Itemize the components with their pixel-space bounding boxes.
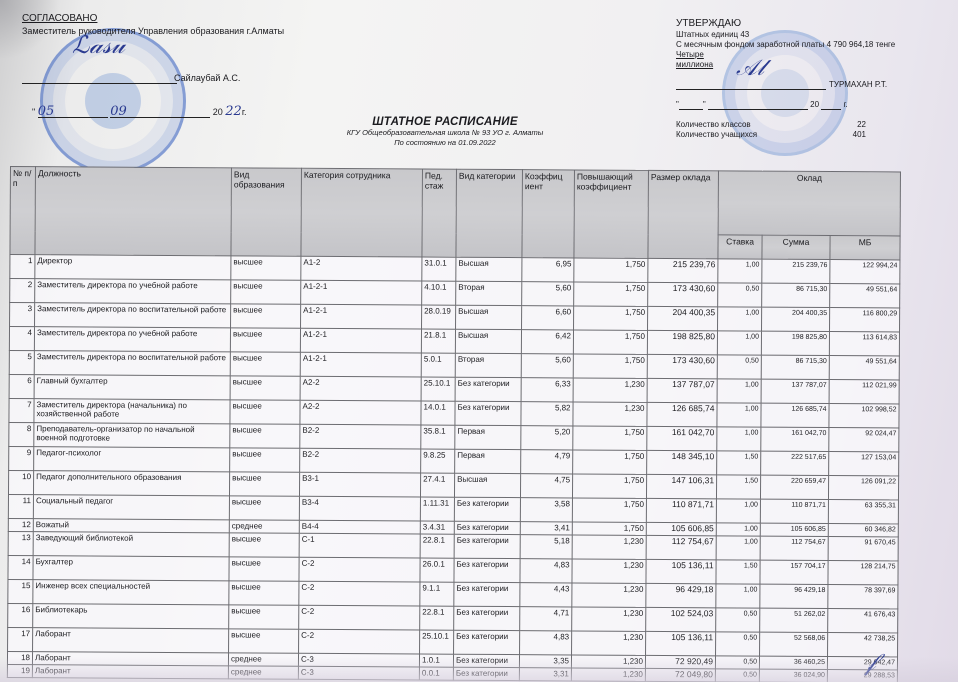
signature-line (22, 83, 177, 84)
cell-raising: 1,750 (572, 498, 646, 522)
cell-rate: 1,00 (718, 259, 762, 283)
cell-sum: 110 871,71 (760, 499, 828, 523)
cell-category: C-1 (299, 533, 420, 558)
cell-position: Главный бухгалтер (34, 375, 230, 400)
cell-category: B2-2 (300, 424, 421, 449)
cell-category-type: Первая (455, 425, 521, 449)
cell-sum: 86 715,30 (761, 355, 829, 379)
agreed-date-day: 05 (38, 104, 55, 119)
cell-salary: 161 042,70 (647, 426, 717, 450)
agreed-date: " 05 09 20 22г. (32, 106, 247, 118)
cell-education: высшее (230, 400, 300, 424)
cell-category: C-2 (299, 629, 420, 654)
cell-category: A1-2-1 (300, 328, 421, 353)
approved-date-year-prefix: 20 (810, 100, 819, 109)
cell-mb: 122 994,24 (830, 260, 900, 284)
cell-sum: 198 825,80 (761, 331, 829, 355)
cell-rate: 1,00 (717, 427, 761, 451)
header-no: № п/п (10, 167, 36, 255)
cell-salary: 126 685,74 (647, 402, 717, 426)
cell-coefficient: 5,60 (522, 282, 574, 306)
staff-units: Штатных единиц 43 (676, 30, 936, 40)
cell-category-type: Без категории (454, 521, 520, 534)
cell-no: 9 (9, 446, 34, 470)
cell-coefficient: 4,79 (521, 450, 573, 474)
cell-category: A1-2 (301, 256, 422, 281)
cell-experience: 21.8.1 (421, 329, 455, 353)
students-value: 401 (853, 130, 866, 140)
approval-block-approved: УТВЕРЖДАЮ Штатных единиц 43 С месячным ф… (676, 18, 936, 70)
cell-rate: 1,50 (716, 560, 760, 584)
cell-sum: 86 715,30 (762, 283, 830, 307)
cell-salary: 148 345,10 (647, 450, 717, 474)
cell-no: 8 (9, 422, 34, 446)
cell-category: A1-2-1 (300, 352, 421, 377)
signature-line (676, 89, 826, 90)
cell-category: B3-1 (299, 472, 420, 497)
approval-block-agreed: СОГЛАСОВАНО Заместитель руководителя Упр… (22, 13, 284, 37)
header-education: Вид образования (231, 168, 302, 256)
cell-position: Инженер всех специальностей (33, 580, 229, 605)
header-mb: МБ (830, 236, 900, 260)
cell-coefficient: 4,83 (520, 559, 572, 583)
cell-raising: 1,750 (572, 474, 646, 498)
cell-education: высшее (230, 328, 300, 352)
agreed-title: СОГЛАСОВАНО (22, 13, 284, 25)
cell-position: Заместитель директора (начальника) по хо… (34, 399, 230, 424)
cell-raising: 1,750 (573, 450, 647, 474)
cell-category: A2-2 (300, 400, 421, 425)
cell-raising: 1,230 (573, 378, 647, 402)
cell-education: высшее (229, 581, 299, 605)
cell-category-type: Высшая (456, 305, 522, 329)
cell-raising: 1,230 (572, 607, 646, 631)
cell-position: Социальный педагог (33, 495, 229, 520)
cell-raising: 1,750 (574, 306, 648, 330)
cell-education: высшее (229, 557, 299, 581)
cell-rate: 0,50 (716, 608, 760, 632)
cell-no: 5 (9, 350, 34, 374)
cell-salary: 96 429,18 (646, 583, 716, 607)
cell-education: высшее (231, 280, 301, 304)
cell-position: Заместитель директора по воспитательной … (35, 303, 231, 328)
cell-experience: 27.4.1 (420, 473, 454, 497)
cell-mb: 116 800,29 (830, 308, 900, 332)
agreed-date-year: 22 (225, 104, 242, 119)
cell-rate: 0,50 (716, 632, 760, 656)
cell-sum: 161 042,70 (761, 427, 829, 451)
payroll-fund: С месячным фондом заработной платы 4 790… (676, 40, 936, 50)
cell-raising: 1,750 (572, 522, 646, 535)
cell-no: 1 (10, 255, 35, 279)
signature-left: ℒ𝒶𝓈𝓊 (72, 39, 125, 51)
cell-salary: 215 239,76 (648, 258, 718, 282)
cell-experience: 31.0.1 (422, 257, 456, 281)
cell-education: высшее (231, 256, 301, 280)
cell-coefficient: 3,41 (520, 522, 572, 535)
cell-coefficient: 4,83 (520, 631, 572, 655)
cell-mb: 112 021,99 (829, 380, 899, 404)
cell-salary: 112 754,67 (646, 535, 716, 559)
cell-education: высшее (230, 424, 300, 448)
header-sum: Сумма (762, 235, 830, 259)
cell-rate: 1,00 (716, 499, 760, 523)
cell-category: A1-2-1 (301, 304, 422, 329)
cell-mb: 128 214,75 (828, 561, 898, 585)
cell-mb: 78 397,69 (828, 585, 898, 609)
agreed-date-month: 09 (110, 104, 127, 119)
cell-category: A2-2 (300, 376, 421, 401)
cell-category-type: Без категории (454, 497, 520, 521)
agreed-date-suffix: г. (242, 107, 247, 117)
cell-salary: 105 136,11 (646, 631, 716, 655)
cell-rate: 1,00 (716, 584, 760, 608)
cell-category-type: Без категории (455, 401, 521, 425)
cell-salary: 110 871,71 (646, 498, 716, 522)
cell-rate: 1,00 (716, 523, 760, 536)
cell-salary: 137 787,07 (647, 378, 717, 402)
approved-name: ТУРМАХАН Р.Т. (829, 80, 887, 90)
cell-no: 14 (8, 555, 33, 579)
cell-position: Преподаватель-организатор по начальной в… (34, 423, 230, 448)
cell-coefficient: 5,20 (521, 426, 573, 450)
cell-mb: 102 998,52 (829, 404, 899, 428)
cell-sum: 157 704,17 (760, 560, 828, 584)
cell-education: высшее (229, 605, 299, 629)
cell-category-type: Без категории (454, 558, 520, 582)
cell-mb: 63 355,31 (828, 500, 898, 524)
cell-rate: 1,00 (718, 307, 762, 331)
cell-salary: 204 400,35 (648, 306, 718, 330)
cell-mb: 60 346,82 (828, 524, 898, 537)
cell-rate: 0,50 (718, 283, 762, 307)
school-counts: Количество классов22 Количество учащихся… (676, 120, 866, 140)
cell-category-type: Первая (455, 449, 521, 473)
cell-experience: 14.0.1 (421, 401, 455, 425)
cell-position: Директор (35, 255, 231, 280)
cell-rate: 1,00 (717, 379, 761, 403)
classes-value: 22 (857, 120, 866, 130)
cell-position: Библиотекарь (33, 604, 229, 629)
students-label: Количество учащихся (676, 130, 757, 140)
cell-experience: 26.0.1 (420, 558, 454, 582)
agreed-date-year-prefix: 20 (213, 107, 223, 117)
staffing-table: № п/п Должность Вид образования Категори… (7, 166, 901, 682)
cell-education: высшее (230, 352, 300, 376)
cell-sum: 222 517,65 (761, 451, 829, 475)
cell-mb: 113 614,83 (829, 332, 899, 356)
cell-raising: 1,750 (574, 258, 648, 282)
header-category-type: Вид категории (456, 169, 523, 257)
cell-rate: 1,50 (717, 451, 761, 475)
cell-mb: 127 153,04 (829, 452, 899, 476)
cell-category: C-2 (299, 581, 420, 606)
cell-category: B3-4 (299, 496, 420, 521)
cell-experience: 22.8.1 (420, 606, 454, 630)
agreed-name: Сайлаубай А.С. (174, 72, 240, 84)
cell-experience: 35.8.1 (421, 425, 455, 449)
cell-mb: 91 670,45 (828, 537, 898, 561)
cell-position: Заместитель директора по учебной работе (34, 327, 230, 352)
cell-sum: 51 262,02 (760, 608, 828, 632)
cell-salary: 173 430,60 (647, 354, 717, 378)
cell-no: 7 (9, 398, 34, 422)
cell-sum: 112 754,67 (760, 536, 828, 560)
cell-rate: 1,00 (716, 536, 760, 560)
cell-category-type: Без категории (454, 630, 520, 654)
cell-sum: 126 685,74 (761, 403, 829, 427)
cell-mb: 41 676,43 (828, 609, 898, 633)
cell-education: высшее (230, 376, 300, 400)
cell-category: B4-4 (299, 520, 420, 534)
cell-raising: 1,750 (574, 282, 648, 306)
cell-rate: 1,50 (716, 475, 760, 499)
cell-no: 15 (8, 579, 33, 603)
approved-date-suffix: г. (844, 100, 848, 109)
cell-experience: 25.10.1 (420, 630, 454, 654)
cell-no: 11 (8, 494, 33, 518)
cell-sum: 215 239,76 (762, 259, 830, 283)
cell-sum: 220 659,47 (760, 475, 828, 499)
approved-date: "" 20 г. (676, 100, 848, 110)
cell-no: 13 (8, 531, 33, 555)
cell-rate: 0,50 (717, 355, 761, 379)
header-experience: Пед. стаж (422, 169, 457, 257)
cell-rate: 1,00 (717, 331, 761, 355)
cell-salary: 173 430,60 (648, 282, 718, 306)
cell-education: среднее (229, 520, 299, 533)
cell-coefficient: 5,18 (520, 535, 572, 559)
cell-salary: 102 524,03 (646, 607, 716, 631)
cell-category: A1-2-1 (301, 280, 422, 305)
cell-mb: 126 091,22 (828, 476, 898, 500)
cell-education: высшее (231, 304, 301, 328)
cell-coefficient: 6,60 (522, 306, 574, 330)
cell-position: Педагог-психолог (34, 447, 230, 472)
cell-raising: 1,750 (573, 426, 647, 450)
header-salary-group: Оклад (718, 171, 900, 236)
cell-position: Лаборант (33, 628, 229, 653)
cell-coefficient: 5,60 (521, 354, 573, 378)
cell-sum: 204 400,35 (762, 307, 830, 331)
document-heading: ШТАТНОЕ РАСПИСАНИЕ КГУ Общеобразовательн… (330, 116, 560, 148)
cell-category-type: Без категории (454, 582, 520, 606)
cell-raising: 1,230 (572, 535, 646, 559)
cell-position: Заведующий библиотекой (33, 532, 229, 557)
cell-education: высшее (230, 448, 300, 472)
cell-no: 4 (9, 327, 34, 351)
cell-no: 3 (10, 303, 35, 327)
cell-position: Заместитель директора по воспитательной … (34, 351, 230, 376)
cell-category-type: Вторая (455, 353, 521, 377)
cell-category: C-2 (299, 605, 420, 630)
cell-mb: 92 024,47 (829, 428, 899, 452)
cell-category-type: Без категории (454, 534, 520, 558)
table-body: 1ДиректорвысшееA1-231.0.1Высшая6,951,750… (7, 255, 900, 682)
cell-category: C-2 (299, 557, 420, 582)
cell-sum: 52 568,06 (760, 632, 828, 656)
cell-raising: 1,230 (572, 583, 646, 607)
header-rate: Ставка (718, 235, 762, 259)
cell-coefficient: 5,82 (521, 402, 573, 426)
cell-category-type: Без категории (454, 606, 520, 630)
cell-experience: 5.0.1 (421, 353, 455, 377)
cell-experience: 22.8.1 (420, 534, 454, 558)
as-of-date: По состоянию на 01.09.2022 (330, 138, 560, 148)
document-title: ШТАТНОЕ РАСПИСАНИЕ (330, 116, 560, 128)
cell-category-type: Вторая (456, 281, 522, 305)
amount-words-2: миллиона (676, 60, 936, 70)
classes-label: Количество классов (676, 120, 751, 130)
cell-salary: 147 106,31 (646, 474, 716, 498)
cell-position: Бухгалтер (33, 556, 229, 581)
signature-right: 𝒜𝓁 (736, 64, 764, 74)
cell-no: 17 (8, 627, 33, 651)
approved-title: УТВЕРЖДАЮ (676, 18, 936, 30)
cell-no: 2 (10, 279, 35, 303)
quote-close: " (703, 100, 706, 109)
header-category: Категория сотрудника (301, 168, 423, 257)
cell-sum: 96 429,18 (760, 584, 828, 608)
cell-sum: 105 606,85 (760, 523, 828, 536)
cell-salary: 105 136,11 (646, 559, 716, 583)
cell-coefficient: 4,75 (520, 474, 572, 498)
cell-coefficient: 3,58 (520, 498, 572, 522)
agreed-position: Заместитель руководителя Управления обра… (22, 25, 284, 37)
cell-raising: 1,230 (573, 402, 647, 426)
cell-rate: 1,00 (717, 403, 761, 427)
header-raising-coefficient: Повышающий коэффициент (574, 170, 649, 258)
cell-position: Педагог дополнительного образования (33, 471, 229, 496)
cell-raising: 1,750 (573, 354, 647, 378)
cell-education: высшее (229, 629, 299, 653)
cell-mb: 49 551,64 (830, 284, 900, 308)
cell-coefficient: 4,43 (520, 583, 572, 607)
cell-coefficient: 4,71 (520, 607, 572, 631)
cell-no: 10 (8, 470, 33, 494)
cell-sum: 137 787,07 (761, 379, 829, 403)
cell-category: B2-2 (300, 448, 421, 473)
cell-no: 12 (8, 518, 33, 531)
header-coefficient: Коэффиц иент (522, 170, 575, 258)
organization-name: КГУ Общеобразовательная школа № 93 УО г.… (330, 128, 560, 138)
cell-coefficient: 6,95 (522, 258, 574, 282)
header-salary-size: Размер оклада (648, 170, 719, 258)
cell-category-type: Высшая (455, 329, 521, 353)
cell-salary: 105 606,85 (646, 522, 716, 535)
cell-no: 6 (9, 374, 34, 398)
cell-experience: 9.1.1 (420, 582, 454, 606)
cell-experience: 3.4.31 (420, 521, 454, 534)
cell-raising: 1,750 (573, 330, 647, 354)
cell-salary: 198 825,80 (647, 330, 717, 354)
cell-experience: 28.0.19 (422, 305, 456, 329)
cell-position: Вожатый (33, 519, 229, 533)
cell-coefficient: 6,42 (521, 330, 573, 354)
cell-coefficient: 6,33 (521, 378, 573, 402)
cell-experience: 4.10.1 (422, 281, 456, 305)
photo-shadow-bottom (0, 657, 958, 682)
cell-category-type: Высшая (454, 473, 520, 497)
cell-education: высшее (229, 533, 299, 557)
cell-category-type: Без категории (455, 377, 521, 401)
cell-mb: 42 738,25 (828, 633, 898, 657)
cell-position: Заместитель директора по учебной работе (35, 279, 231, 304)
cell-raising: 1,230 (572, 559, 646, 583)
cell-experience: 25.10.1 (421, 377, 455, 401)
cell-mb: 49 551,64 (829, 356, 899, 380)
cell-experience: 9.8.25 (421, 449, 455, 473)
cell-experience: 1.11.31 (420, 497, 454, 521)
cell-no: 16 (8, 603, 33, 627)
cell-education: высшее (229, 472, 299, 496)
cell-education: высшее (229, 496, 299, 520)
header-position: Должность (35, 167, 232, 256)
amount-words-1: Четыре (676, 50, 936, 60)
cell-category-type: Высшая (456, 257, 522, 281)
cell-raising: 1,230 (572, 631, 646, 655)
